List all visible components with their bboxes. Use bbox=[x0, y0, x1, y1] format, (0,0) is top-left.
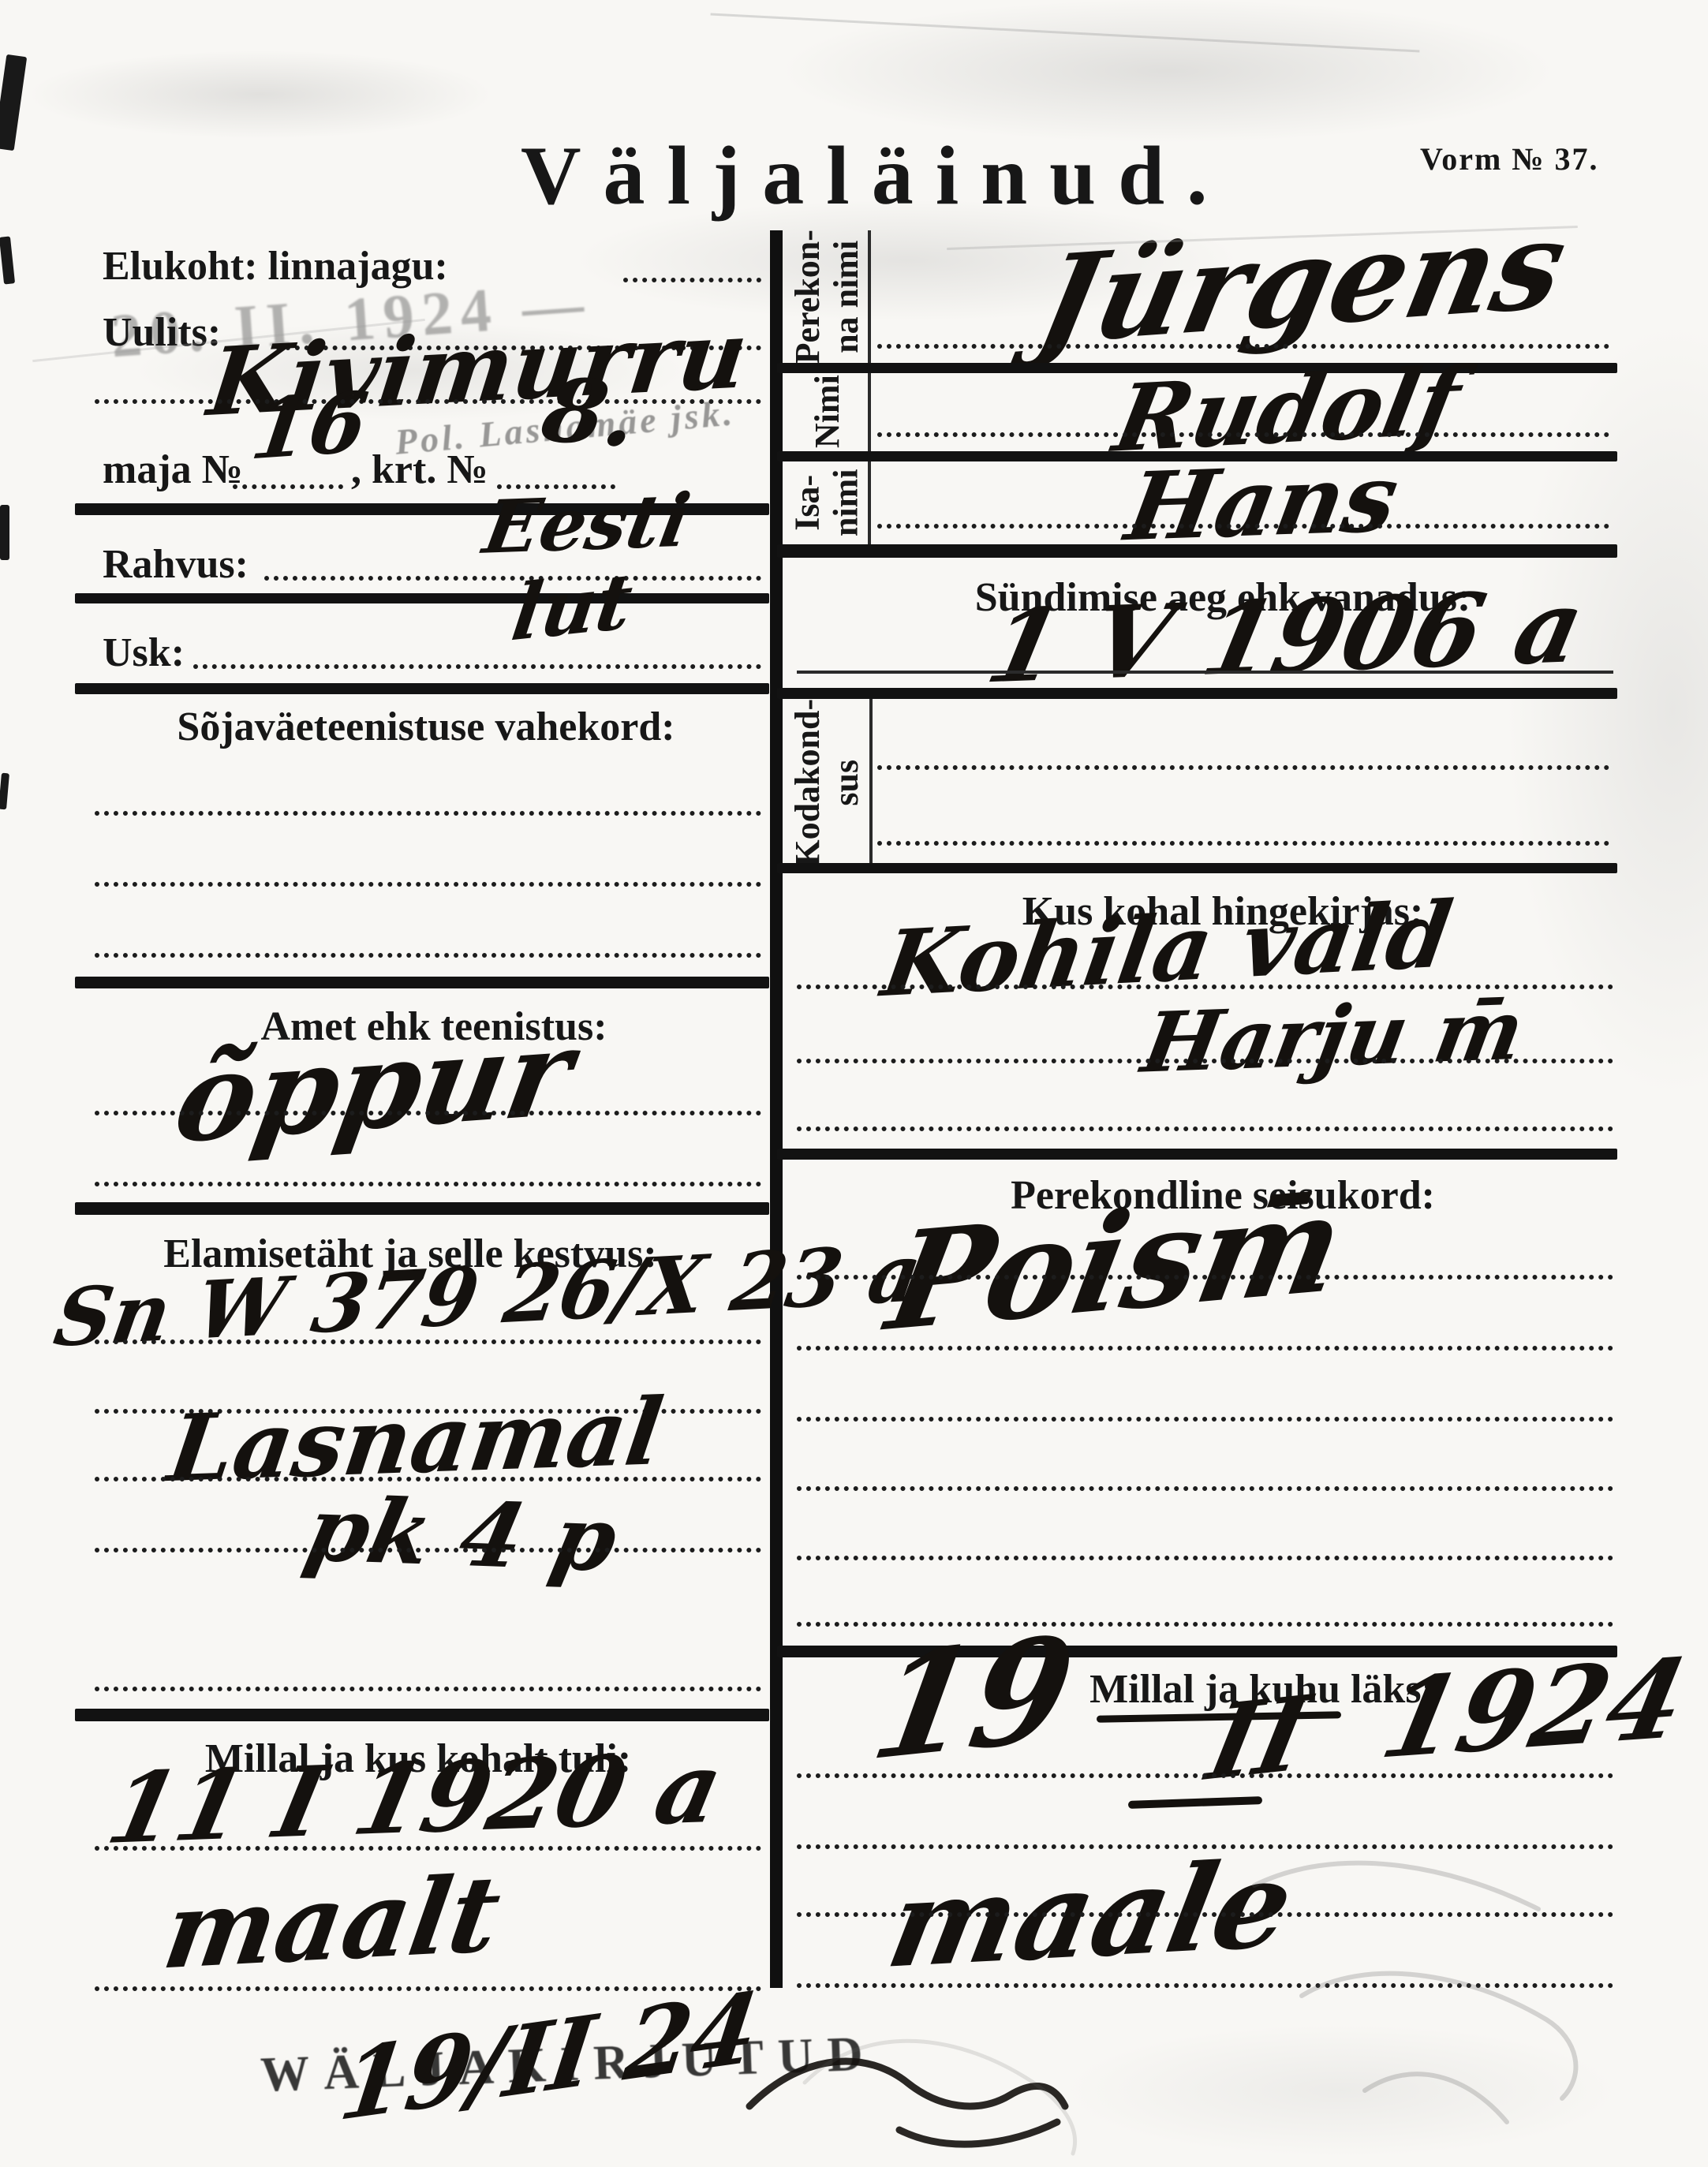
divider bbox=[777, 544, 1617, 558]
rahvus-value-handwritten: Eesti bbox=[479, 484, 695, 564]
kodakondsus-vertical-label: Kodakond- sus bbox=[783, 699, 871, 866]
dotted-line bbox=[95, 1111, 761, 1115]
center-divider bbox=[770, 230, 783, 1988]
edge-mark bbox=[0, 773, 9, 810]
dotted-line bbox=[877, 765, 1609, 770]
uulits-label: Uulits: bbox=[103, 309, 221, 356]
divider bbox=[777, 688, 1617, 699]
isanimi-vertical-label: Isa- nimi bbox=[783, 461, 871, 544]
krt-value-handwritten: 8. bbox=[535, 367, 645, 461]
tuli-date-handwritten: 11 I 1920 a bbox=[100, 1739, 731, 1857]
dotted-line bbox=[193, 664, 761, 669]
isanimi-label-line2: nimi bbox=[827, 469, 865, 537]
perekonnanimi-value-handwritten: Jürgens bbox=[1029, 204, 1575, 362]
laks-day-handwritten: 19 bbox=[864, 1616, 1084, 1780]
form-number: Vorm № 37. bbox=[1420, 140, 1598, 177]
dotted-line bbox=[95, 882, 761, 887]
isanimi-label-line1: Isa- bbox=[788, 469, 827, 537]
usk-value-handwritten: lut bbox=[508, 562, 637, 652]
seisukord-value-handwritten: Poism̄ bbox=[879, 1175, 1353, 1349]
isanimi-value-handwritten: Hans bbox=[1120, 451, 1405, 555]
dotted-line bbox=[797, 1773, 1613, 1778]
elukoht-label: Elukoht: linnajagu: bbox=[103, 243, 448, 290]
perekonnanimi-vertical-label: Perekon- na nimi bbox=[783, 230, 871, 363]
dotted-line bbox=[95, 1846, 761, 1851]
dotted-line bbox=[797, 1275, 1613, 1280]
divider bbox=[75, 977, 769, 988]
edge-mark bbox=[0, 54, 27, 151]
dotted-line bbox=[877, 344, 1609, 349]
dotted-line bbox=[623, 278, 761, 282]
divider bbox=[75, 1202, 769, 1215]
footer-date-handwritten: 19/II 24 bbox=[334, 1979, 764, 2135]
krt-label: , krt. № bbox=[351, 446, 488, 493]
dotted-line bbox=[95, 1182, 761, 1186]
divider bbox=[75, 683, 769, 694]
pencil-scribble bbox=[773, 1925, 1104, 2161]
paper-crease bbox=[711, 13, 1420, 52]
dotted-line bbox=[797, 1059, 1613, 1063]
usk-label: Usk: bbox=[103, 630, 185, 676]
perekonnanimi-label-line1: Perekon- bbox=[788, 230, 827, 364]
dotted-line bbox=[797, 1556, 1613, 1560]
edge-mark bbox=[0, 236, 15, 284]
dotted-line bbox=[877, 432, 1609, 437]
kodakondsus-label-line2: sus bbox=[827, 699, 865, 867]
maja-label: maja № bbox=[103, 446, 243, 493]
dotted-line bbox=[877, 524, 1609, 529]
divider bbox=[777, 1149, 1617, 1160]
dotted-line bbox=[95, 1339, 761, 1344]
registration-card: 20. II. 1924 — Pol. Lasnamäe jsk. Väljal… bbox=[0, 0, 1708, 2167]
edge-mark bbox=[0, 505, 9, 560]
elamistaht-value3-handwritten: pk 4 p bbox=[298, 1486, 625, 1585]
pencil-scribble bbox=[1207, 1838, 1617, 2167]
dotted-line bbox=[95, 399, 761, 404]
handwritten-dash bbox=[1128, 1796, 1262, 1809]
dotted-line bbox=[797, 1346, 1613, 1351]
amet-value-handwritten: õppur bbox=[167, 1013, 581, 1160]
dotted-line bbox=[877, 841, 1609, 846]
dotted-line bbox=[95, 811, 761, 816]
sundimise-value-handwritten: 1 V 1906 a bbox=[980, 576, 1592, 697]
divider bbox=[777, 863, 1617, 873]
dotted-line bbox=[797, 1126, 1613, 1131]
form-title: Väljaläinud. bbox=[521, 128, 1230, 224]
label-separator-line bbox=[869, 699, 873, 866]
rahvus-label: Rahvus: bbox=[103, 541, 249, 588]
hingekirjas-value2-handwritten: Harju m̄ bbox=[1137, 988, 1530, 1084]
divider bbox=[75, 593, 769, 603]
dotted-line bbox=[797, 1417, 1613, 1422]
dotted-line bbox=[233, 484, 343, 489]
sojavae-label: Sõjaväeteenistuse vahekord: bbox=[110, 704, 742, 750]
dotted-line bbox=[95, 953, 761, 958]
laks-year-handwritten: 1924 a bbox=[1374, 1637, 1708, 1774]
nimi-label: Nimi bbox=[807, 375, 846, 448]
dotted-line bbox=[95, 1687, 761, 1691]
tuli-place-handwritten: maalt bbox=[158, 1862, 506, 1984]
divider bbox=[75, 1709, 769, 1721]
nimi-vertical-label: Nimi bbox=[783, 373, 871, 450]
dotted-line bbox=[95, 1548, 761, 1552]
dotted-line bbox=[95, 1477, 761, 1481]
solid-line bbox=[797, 671, 1613, 674]
perekonnanimi-label-line2: na nimi bbox=[827, 230, 865, 364]
kodakondsus-label-line1: Kodakond- bbox=[788, 699, 827, 867]
dotted-line bbox=[797, 1486, 1613, 1491]
dotted-line bbox=[264, 576, 761, 581]
